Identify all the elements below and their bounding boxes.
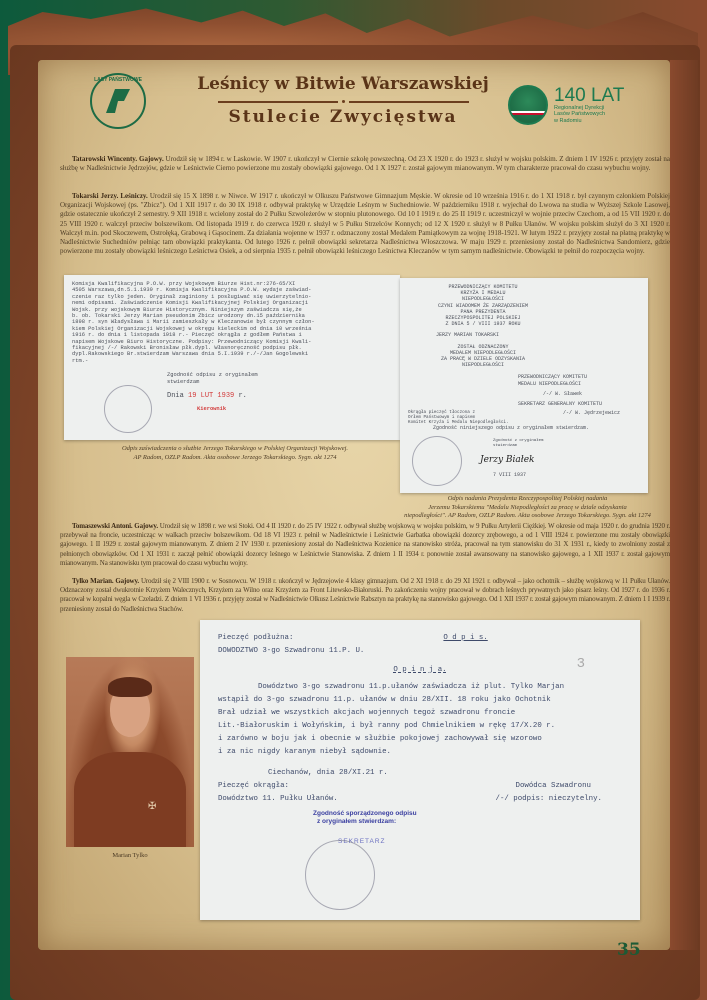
lasy-panstwowe-logo: LASY PAŃSTWOWE [90, 73, 146, 129]
text-line: Brał udział we wszystkich akcjach wojenn… [218, 707, 622, 720]
biography-tokarski: Tokarski Jerzy. Leśniczy. Urodził się 15… [60, 192, 670, 256]
page-title: Leśnicy w Bitwie Warszawskiej [178, 74, 508, 94]
signature-stamp: Kierownik [197, 406, 392, 412]
certification-note: Zgodność odpisu z oryginałem stwierdzam … [167, 372, 392, 412]
page-number: 35 [617, 940, 641, 960]
round-seal-icon [104, 385, 152, 433]
caption-pow-certificate: Odpis zaświadczenia o służbie Jerzego To… [70, 445, 400, 462]
text-line: i za nic nigdy karanym niebył sądownie. [218, 746, 622, 759]
opinion-document: Pieczęć podłużna: O d p i s. DOWODZTWO 3… [200, 620, 640, 920]
text-line: i zarówno w boju jak i obecnie w służbie… [218, 733, 622, 746]
independence-medal-document: PRZEWODNICZĄCY KOMITETUKRZYŻA I MEDALUNI… [400, 278, 648, 493]
burnt-paper-edge-right [670, 60, 698, 950]
medal-header-text: PRZEWODNICZĄCY KOMITETUKRZYŻA I MEDALUNI… [418, 284, 548, 327]
certificate-text: Komisja Kwalifikacyjna P.O.W. przy Wojsk… [72, 281, 392, 364]
blue-certification-stamp: Zgodność sporządzonego odpisu z oryginał… [313, 810, 622, 846]
text-line: rtm.- [72, 358, 392, 364]
biography-tatarowski: Tatarowski Wincenty. Gajowy. Urodził się… [60, 155, 670, 173]
text-line: wstąpił do 3-go szwadronu 11.p. ułanów w… [218, 694, 622, 707]
date-stamp: 19 LUT 1939 [188, 392, 234, 400]
forest-emblem-icon [508, 85, 548, 125]
text-line: Dowództwo 3-go szwadronu 11.p.ułanów zaś… [218, 681, 622, 694]
lp-emblem-icon [103, 86, 133, 116]
round-seal-icon [305, 840, 375, 910]
page-subtitle: Stulecie Zwycięstwa [178, 107, 508, 127]
caption-medal-document: Odpis nadania Prezydenta Rzeczypospolite… [385, 495, 670, 521]
logo-ring-text: LASY PAŃSTWOWE [92, 77, 144, 83]
text-line: NIEPODLEGŁOŚCI [423, 362, 543, 368]
military-cross-icon: ✠ [148, 802, 158, 812]
award-text: ZOSTAŁ ODZNACZONYMEDALEM NIEPODLEGŁOŚCIZ… [423, 344, 543, 369]
text-line: Lit.-Białoruskim i Wołyńskim, i był rann… [218, 720, 622, 733]
opinion-heading: O p i n j a. [218, 664, 622, 677]
title-block: Leśnicy w Bitwie Warszawskiej Stulecie Z… [178, 74, 508, 127]
rdlp-radom-140-logo: 140 LAT Regionalnej Dyrekcji Lasów Państ… [508, 80, 648, 130]
title-divider [178, 100, 508, 103]
text-line: Z DNIA 5 / VIII 1937 ROKU [418, 321, 548, 327]
pow-certificate-document: Komisja Kwalifikacyjna P.O.W. przy Wojsk… [64, 275, 400, 440]
biography-tylko: Tylko Marian. Gajowy. Urodził się 2 VIII… [60, 577, 670, 614]
portrait-photo: ✠ [66, 657, 194, 847]
biography-tomaszewski: Tomaszewski Antoni. Gajowy. Urodził się … [60, 522, 670, 568]
opinion-body: Dowództwo 3-go szwadronu 11.p.ułanów zaś… [218, 681, 622, 759]
document-title: O d p i s. [443, 632, 487, 645]
photo-caption: Marian Tylko [66, 852, 194, 861]
handwritten-signature: Jerzy Białek [480, 457, 640, 463]
anniversary-label: 140 LAT [554, 86, 624, 105]
embossed-seal-icon [412, 436, 462, 486]
page-header: LASY PAŃSTWOWE Leśnicy w Bitwie Warszaws… [38, 60, 670, 150]
